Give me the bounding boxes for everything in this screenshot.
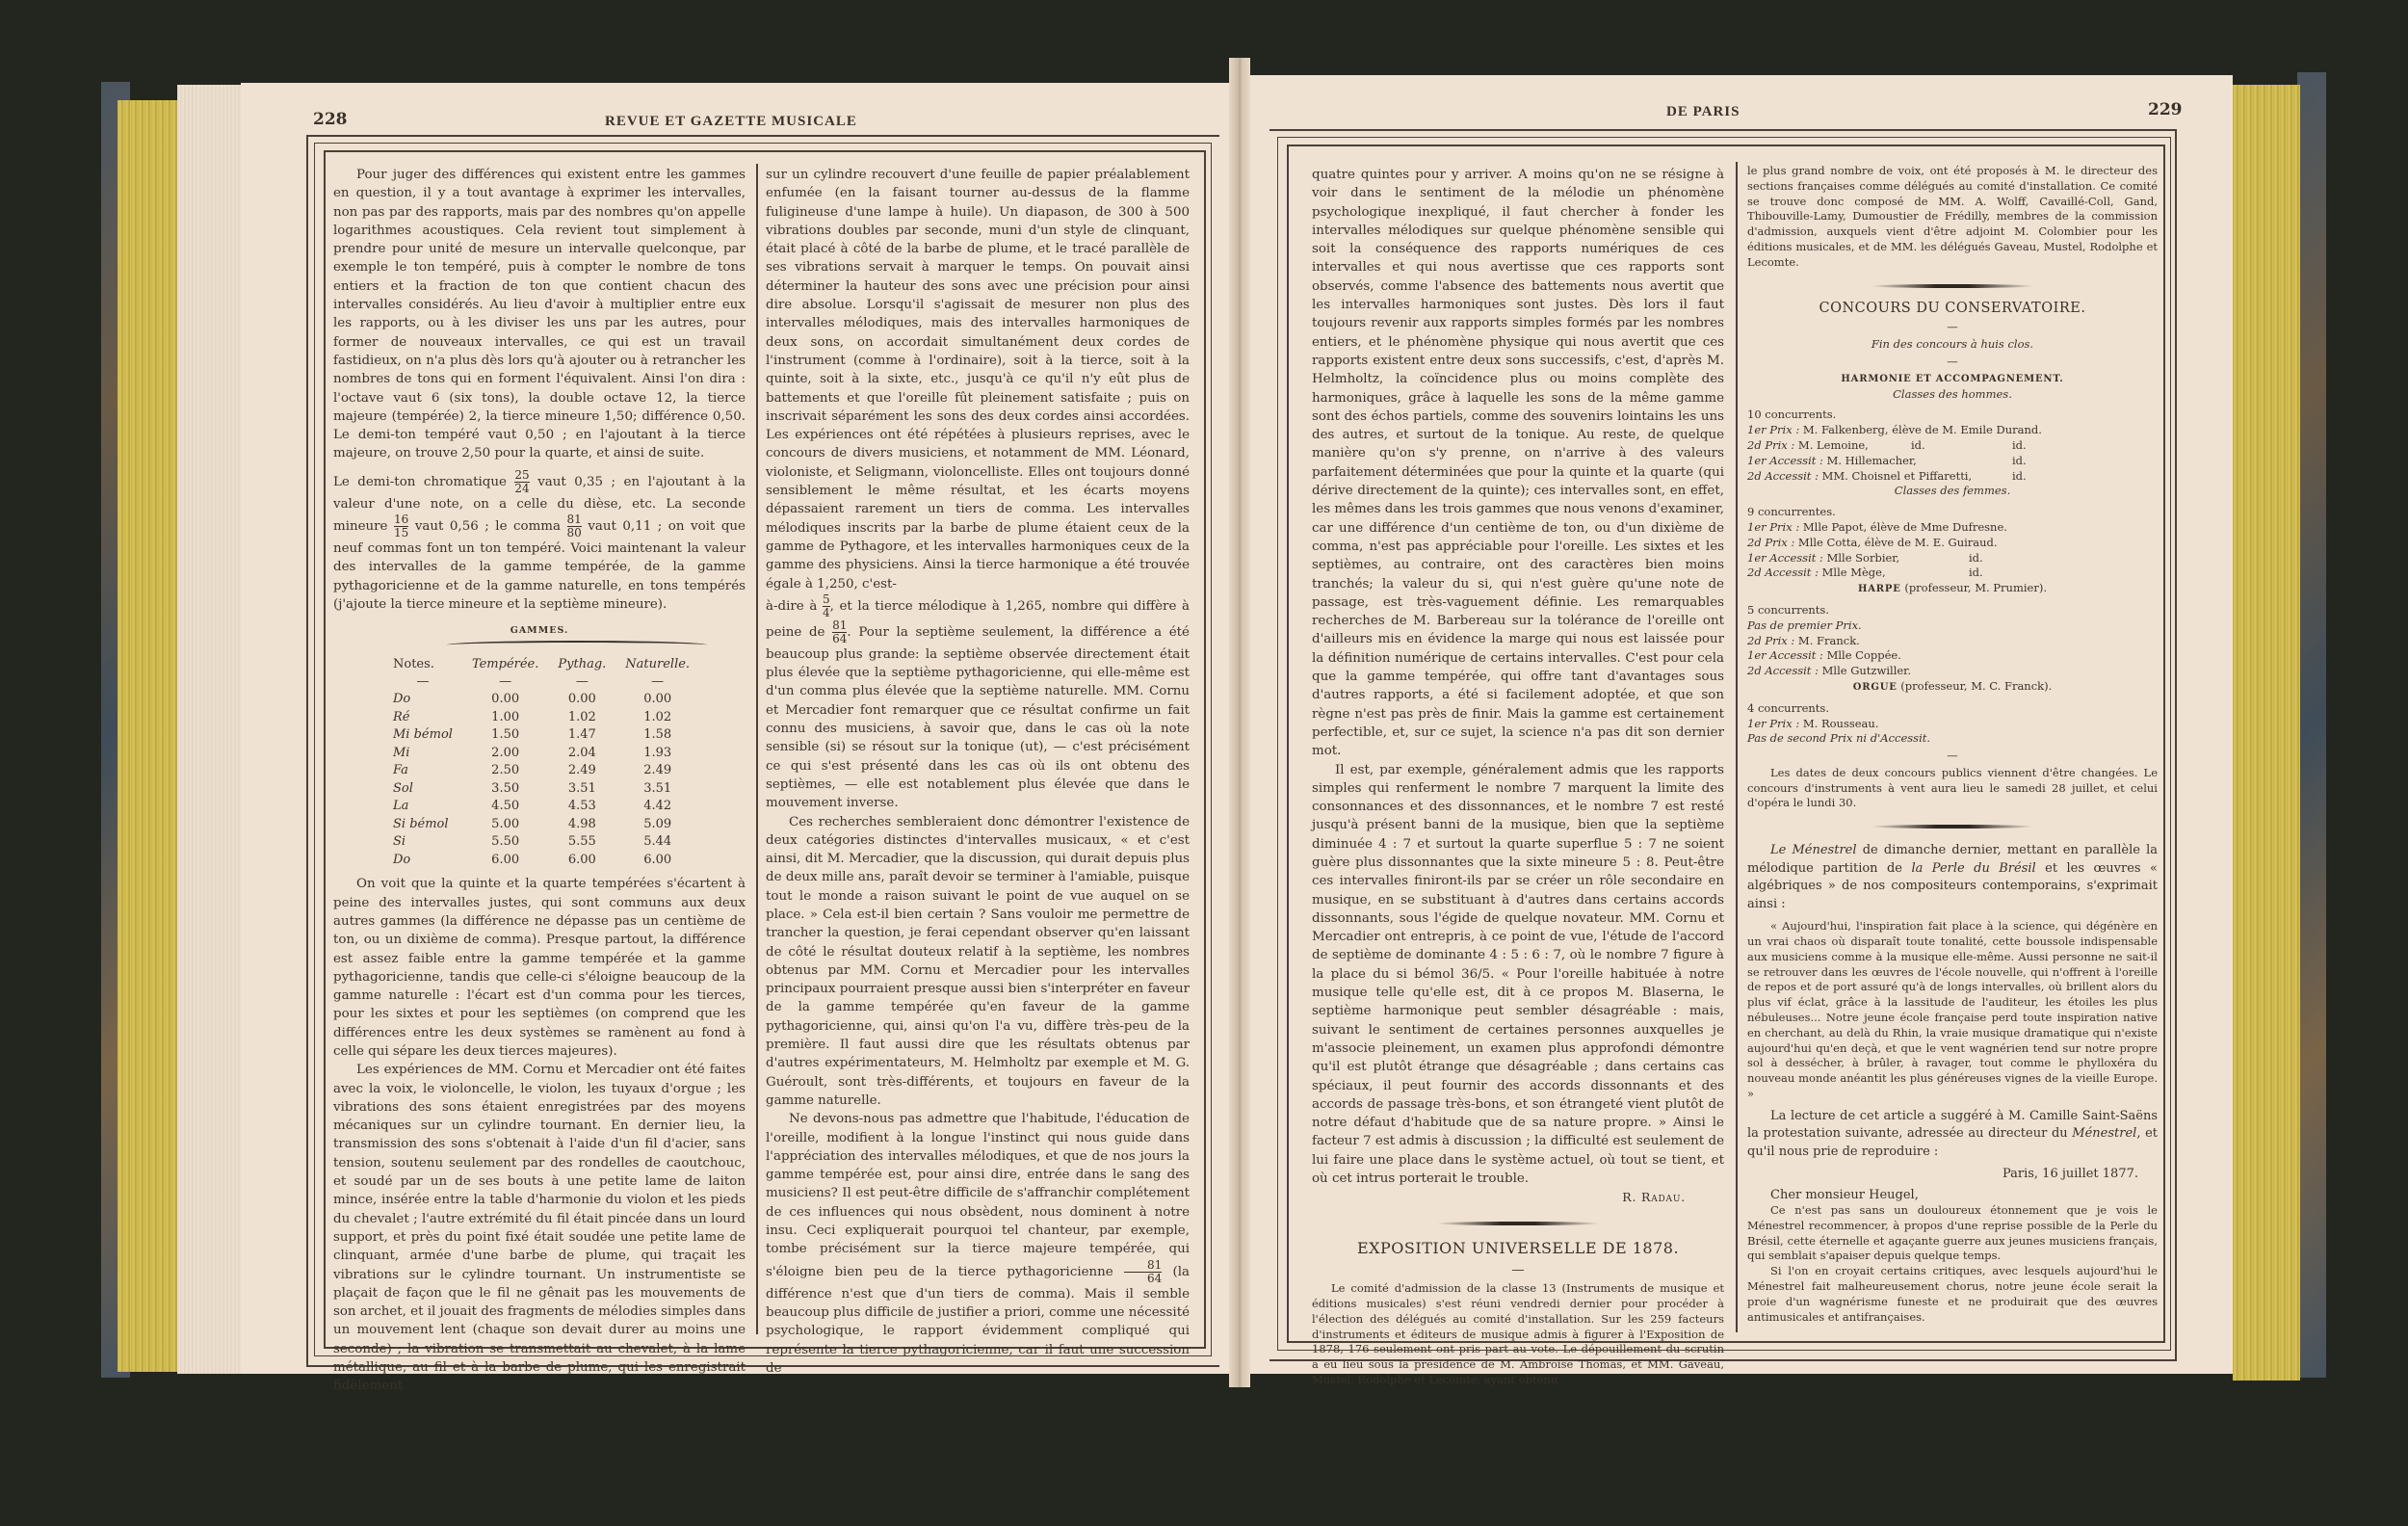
cell: 1.00 bbox=[462, 709, 548, 727]
prize-name: M. Rousseau. bbox=[1803, 717, 1879, 730]
quote-paragraph: « Aujourd'hui, l'inspiration fait place … bbox=[1747, 919, 2158, 1102]
fraction: 8164 bbox=[832, 619, 847, 645]
numerator: 5 bbox=[823, 593, 830, 607]
paragraph: Le Ménestrel de dimanche dernier, mettan… bbox=[1747, 842, 2158, 913]
left-column-divider bbox=[756, 164, 758, 1334]
column-header: Tempérée. bbox=[462, 655, 548, 673]
table-row: Si5.505.555.44 bbox=[383, 833, 699, 852]
text: vaut 0,56 ; le comma bbox=[415, 519, 561, 534]
prize-rank: 1er Prix : bbox=[1747, 717, 1799, 730]
professor: (professeur, M. Prumier). bbox=[1904, 581, 2047, 594]
cell: 0.00 bbox=[548, 691, 615, 709]
cell: 3.51 bbox=[548, 780, 615, 799]
cell: 4.50 bbox=[462, 798, 548, 816]
denominator: 24 bbox=[514, 483, 529, 495]
prize-rank: 1er Accessit : bbox=[1747, 648, 1823, 662]
prize-rank: 2d Accessit : bbox=[1747, 469, 1819, 483]
table-dash-row: ———— bbox=[383, 673, 699, 692]
paragraph: Pour juger des différences qui existent … bbox=[333, 166, 746, 463]
cell: Ré bbox=[383, 709, 462, 727]
prize-name: M. Hillemacher, bbox=[1827, 454, 1917, 467]
class-title: Classes des femmes. bbox=[1747, 484, 2158, 499]
table-header-row: Notes. Tempérée. Pythag. Naturelle. bbox=[383, 655, 699, 673]
discipline-name: HARPE bbox=[1858, 584, 1901, 594]
denominator: 80 bbox=[567, 527, 582, 539]
dash-separator: — bbox=[1747, 355, 2158, 370]
discipline-title: HARMONIE ET ACCOMPAGNEMENT. bbox=[1747, 372, 2158, 387]
prize-rank: 2d Prix : bbox=[1747, 536, 1794, 549]
prize-rank: 1er Prix : bbox=[1747, 520, 1799, 534]
cell: 4.53 bbox=[548, 798, 615, 816]
dash-separator: — bbox=[1747, 749, 2158, 764]
denominator: 15 bbox=[394, 527, 408, 539]
section-title-exposition: EXPOSITION UNIVERSELLE DE 1878. bbox=[1312, 1239, 1724, 1257]
prize-name: M. Franck. bbox=[1798, 634, 1860, 647]
discipline-title-orgue: ORGUE (professeur, M. C. Franck). bbox=[1747, 679, 2158, 696]
paragraph: le plus grand nombre de voix, ont été pr… bbox=[1747, 164, 2158, 271]
table-row: Do0.000.000.00 bbox=[383, 691, 699, 709]
paragraph: On voit que la quinte et la quarte tempé… bbox=[333, 875, 746, 1061]
cell: 0.00 bbox=[615, 691, 699, 709]
letter-paragraph: Si l'on en croyait certains critiques, a… bbox=[1747, 1264, 2158, 1325]
paragraph: La lecture de cet article a suggéré à M.… bbox=[1747, 1108, 2158, 1162]
prize-rank: 2d Accessit : bbox=[1747, 566, 1819, 579]
cell: 2.49 bbox=[615, 762, 699, 780]
denominator: 4 bbox=[823, 607, 830, 619]
prize-rank: 2d Prix : bbox=[1747, 438, 1794, 452]
prize-line: 1er Accessit : M. Hillemacher,id. bbox=[1747, 454, 2158, 469]
page-stack-left bbox=[177, 85, 241, 1374]
cell: 1.02 bbox=[548, 709, 615, 727]
cell: Si bbox=[383, 833, 462, 852]
numerator: 16 bbox=[394, 513, 408, 527]
text: , et la tierce mélodique à 1,265, nombre… bbox=[830, 599, 1177, 614]
table-row: Mi bémol1.501.471.58 bbox=[383, 726, 699, 745]
section-ornament bbox=[1871, 825, 2034, 829]
text: Ménestrel bbox=[2072, 1126, 2136, 1141]
prize-name: Mlle Mège, bbox=[1822, 566, 1886, 579]
right-page-column-2: le plus grand nombre de voix, ont été pr… bbox=[1747, 164, 2158, 1325]
cell: Mi bbox=[383, 745, 462, 763]
prize-name: Mlle Coppée. bbox=[1827, 648, 1901, 662]
text: la Perle du Brésil bbox=[1911, 861, 2035, 876]
count: 10 concurrents. bbox=[1747, 408, 2158, 423]
section-ornament bbox=[1436, 1222, 1600, 1225]
right-page-column-1: quatre quintes pour y arriver. A moins q… bbox=[1312, 166, 1724, 1388]
cell: 1.02 bbox=[615, 709, 699, 727]
paragraph: sur un cylindre recouvert d'une feuille … bbox=[766, 166, 1190, 593]
prize-line: 2d Accessit : MM. Choisnel et Piffaretti… bbox=[1747, 469, 2158, 485]
paragraph: Le demi-ton chromatique 2524 vaut 0,35 ;… bbox=[333, 469, 746, 614]
page-edges-left bbox=[118, 100, 177, 1372]
prize-id: id. bbox=[1969, 551, 1983, 566]
cell: 5.55 bbox=[548, 833, 615, 852]
numerator: 81 bbox=[567, 513, 582, 527]
page-edges-right bbox=[2233, 85, 2300, 1381]
letter-salutation: Cher monsieur Heugel, bbox=[1770, 1188, 2158, 1203]
subtitle: Fin des concours à huis clos. bbox=[1747, 337, 2158, 353]
numerator: 81 bbox=[1124, 1259, 1162, 1273]
prize-rank: 1er Accessit : bbox=[1747, 551, 1823, 565]
prize-id: id. bbox=[2012, 454, 2027, 469]
fraction: 54 bbox=[823, 593, 830, 619]
prize-id: id. bbox=[2012, 438, 2027, 454]
prize-line: 1er Accessit : Mlle Coppée. bbox=[1747, 648, 2158, 664]
cell: 6.00 bbox=[615, 852, 699, 870]
cell: 2.49 bbox=[548, 762, 615, 780]
table-row: Ré1.001.021.02 bbox=[383, 709, 699, 727]
prize-rank: 1er Prix : bbox=[1747, 423, 1799, 436]
paragraph: Ne devons-nous pas admettre que l'habitu… bbox=[766, 1110, 1190, 1378]
paragraph: à-dire à 54, et la tierce mélodique à 1,… bbox=[766, 593, 1190, 813]
book-gutter bbox=[1229, 58, 1250, 1387]
prize-id: id. bbox=[1911, 438, 1925, 454]
fraction: 8180 bbox=[567, 513, 582, 539]
table-row: Do6.006.006.00 bbox=[383, 852, 699, 870]
column-header: Pythag. bbox=[548, 655, 615, 673]
cell: 2.00 bbox=[462, 745, 548, 763]
prize-id: id. bbox=[1969, 566, 1983, 581]
class-title: Classes des hommes. bbox=[1747, 387, 2158, 403]
paragraph: Les dates de deux concours publics vienn… bbox=[1747, 766, 2158, 811]
cell: Do bbox=[383, 852, 462, 870]
cell: 5.44 bbox=[615, 833, 699, 852]
cell: 1.93 bbox=[615, 745, 699, 763]
text: à-dire à bbox=[766, 599, 817, 614]
count: 5 concurrents. bbox=[1747, 603, 2158, 618]
numerator: 25 bbox=[514, 469, 529, 483]
prize-name: Mlle Gutzwiller. bbox=[1822, 664, 1911, 677]
fraction: 2524 bbox=[514, 469, 529, 495]
paragraph: Il est, par exemple, généralement admis … bbox=[1312, 761, 1724, 1189]
prize-line: 1er Prix : M. Falkenberg, élève de M. Em… bbox=[1747, 423, 2158, 438]
table-row: Si bémol5.004.985.09 bbox=[383, 816, 699, 834]
prize-line: 1er Prix : M. Rousseau. bbox=[1747, 717, 2158, 732]
prize-id: id. bbox=[2012, 469, 2027, 485]
text: Ne devons-nous pas admettre que l'habitu… bbox=[766, 1112, 1190, 1278]
prize-rank: 2d Accessit : bbox=[1747, 664, 1819, 677]
cell: 2.50 bbox=[462, 762, 548, 780]
count: 9 concurrentes. bbox=[1747, 505, 2158, 520]
prize-line: 1er Prix : Mlle Papot, élève de Mme Dufr… bbox=[1747, 520, 2158, 536]
page-number-right: 229 bbox=[2148, 100, 2183, 119]
table-brace bbox=[447, 641, 707, 649]
professor: (professeur, M. C. Franck). bbox=[1900, 679, 2052, 693]
prize-line: 2d Prix : M. Franck. bbox=[1747, 634, 2158, 649]
cell: 6.00 bbox=[462, 852, 548, 870]
prize-name: Mlle Sorbier, bbox=[1827, 551, 1900, 565]
exposition-paragraph: Le comité d'admission de la classe 13 (I… bbox=[1312, 1281, 1724, 1388]
gammes-table: Notes. Tempérée. Pythag. Naturelle. ————… bbox=[383, 655, 699, 870]
discipline-name: ORGUE bbox=[1853, 682, 1898, 693]
prize-name: M. Falkenberg, élève de M. Emile Durand. bbox=[1803, 423, 2042, 436]
cell: 0.00 bbox=[462, 691, 548, 709]
text: . Pour la septième seulement, la différe… bbox=[766, 625, 1190, 810]
paragraph: Les expériences de MM. Cornu et Mercadie… bbox=[333, 1061, 746, 1395]
fraction: 1615 bbox=[394, 513, 408, 539]
table-row: Sol3.503.513.51 bbox=[383, 780, 699, 799]
denominator: 64 bbox=[832, 633, 847, 645]
prize-line: 2d Prix : Mlle Cotta, élève de M. E. Gui… bbox=[1747, 536, 2158, 551]
denominator: 64 bbox=[1124, 1273, 1162, 1285]
cell: 1.58 bbox=[615, 726, 699, 745]
running-head-left: REVUE ET GAZETTE MUSICALE bbox=[605, 114, 857, 130]
column-header: Naturelle. bbox=[615, 655, 699, 673]
prize-line: 2d Prix : M. Lemoine,id.id. bbox=[1747, 438, 2158, 454]
right-column-divider bbox=[1736, 162, 1738, 1332]
letter-paragraph: Ce n'est pas sans un douloureux étonneme… bbox=[1747, 1203, 2158, 1264]
text: Le Ménestrel bbox=[1770, 843, 1857, 857]
note: Pas de second Prix ni d'Accessit. bbox=[1747, 731, 2158, 747]
cell: 3.51 bbox=[615, 780, 699, 799]
dash-separator: — bbox=[1747, 320, 2158, 335]
discipline-title-harpe: HARPE (professeur, M. Prumier). bbox=[1747, 581, 2158, 597]
signature-text: R. Radau. bbox=[1622, 1190, 1686, 1204]
paragraph: Ces recherches sembleraient donc démontr… bbox=[766, 813, 1190, 1111]
column-header: Notes. bbox=[383, 655, 462, 673]
prize-rank: 1er Accessit : bbox=[1747, 454, 1823, 467]
prize-name: M. Lemoine, bbox=[1798, 438, 1869, 452]
prize-line: 2d Accessit : Mlle Mège,id. bbox=[1747, 566, 2158, 581]
cell: 4.42 bbox=[615, 798, 699, 816]
cell: Mi bémol bbox=[383, 726, 462, 745]
text: Le demi-ton chromatique bbox=[333, 475, 507, 489]
section-ornament bbox=[1871, 284, 2034, 288]
prize-name: MM. Choisnel et Piffaretti, bbox=[1822, 469, 1973, 483]
page-number-left: 228 bbox=[313, 110, 348, 129]
book-cover-right bbox=[2297, 72, 2326, 1378]
running-head-right: DE PARIS bbox=[1666, 104, 1740, 120]
prize-line: 1er Accessit : Mlle Sorbier,id. bbox=[1747, 551, 2158, 566]
dash-separator: — bbox=[1312, 1261, 1724, 1279]
note: Pas de premier Prix. bbox=[1747, 618, 2158, 634]
table-title: GAMMES. bbox=[333, 621, 746, 640]
prize-name: Mlle Papot, élève de Mme Dufresne. bbox=[1803, 520, 2007, 534]
cell: Fa bbox=[383, 762, 462, 780]
table-row: Fa2.502.492.49 bbox=[383, 762, 699, 780]
cell: 2.04 bbox=[548, 745, 615, 763]
section-title-concours: CONCOURS DU CONSERVATOIRE. bbox=[1747, 302, 2158, 317]
cell: 5.00 bbox=[462, 816, 548, 834]
cell: Do bbox=[383, 691, 462, 709]
left-page-column-1: Pour juger des différences qui existent … bbox=[333, 166, 746, 1396]
fraction: 8164 bbox=[1124, 1259, 1162, 1285]
letter-date: Paris, 16 juillet 1877. bbox=[1747, 1167, 2138, 1182]
paragraph: quatre quintes pour y arriver. A moins q… bbox=[1312, 166, 1724, 761]
left-page-column-2: sur un cylindre recouvert d'une feuille … bbox=[766, 166, 1190, 1378]
table-row: La4.504.534.42 bbox=[383, 798, 699, 816]
cell: 1.47 bbox=[548, 726, 615, 745]
numerator: 81 bbox=[832, 619, 847, 633]
cell: 6.00 bbox=[548, 852, 615, 870]
cell: Si bémol bbox=[383, 816, 462, 834]
prize-rank: 2d Prix : bbox=[1747, 634, 1794, 647]
author-signature: R. Radau. bbox=[1312, 1188, 1724, 1207]
table-row: Mi2.002.041.93 bbox=[383, 745, 699, 763]
cell: La bbox=[383, 798, 462, 816]
cell: 1.50 bbox=[462, 726, 548, 745]
cell: 5.50 bbox=[462, 833, 548, 852]
count: 4 concurrents. bbox=[1747, 701, 2158, 717]
prize-name: Mlle Cotta, élève de M. E. Guiraud. bbox=[1798, 536, 1998, 549]
cell: Sol bbox=[383, 780, 462, 799]
cell: 5.09 bbox=[615, 816, 699, 834]
prize-line: 2d Accessit : Mlle Gutzwiller. bbox=[1747, 664, 2158, 679]
cell: 3.50 bbox=[462, 780, 548, 799]
cell: 4.98 bbox=[548, 816, 615, 834]
